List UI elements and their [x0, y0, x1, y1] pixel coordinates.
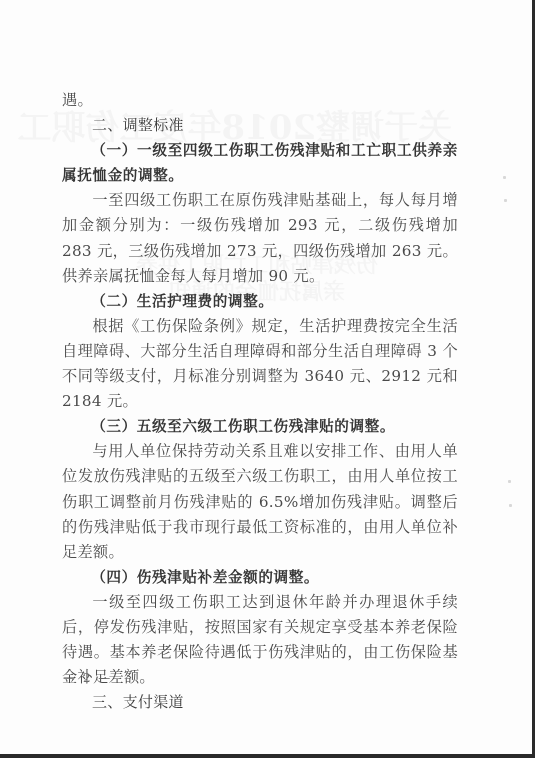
scan-speck: [509, 504, 512, 507]
subheading-supplement-adjustment: （四）伤残津贴补差金额的调整。: [62, 565, 458, 590]
paragraph-supplement-adjustment: 一级至四级工伤职工达到退休年龄并办理退休手续后，停发伤残津贴，按照国家有关规定享…: [62, 590, 458, 690]
paragraph-continuation: 遇。: [62, 88, 458, 113]
paragraph-level5-6-allowance: 与用人单位保持劳动关系且难以安排工作、由用人单位发放伤残津贴的五级至六级工伤职工…: [62, 439, 458, 564]
document-body: 遇。 二、调整标准 （一）一级至四级工伤职工伤残津贴和工亡职工供养亲属抚恤金的调…: [62, 88, 458, 715]
page-number: — 2 —: [63, 671, 112, 685]
subheading-level5-6-allowance: （三）五级至六级工伤职工伤残津贴的调整。: [62, 414, 458, 439]
document-page: 关于调整2018年度工伤职工 伤残津贴和工亡职工供养 亲属抚恤金的通知 遇。 二…: [0, 0, 532, 754]
subheading-nursing-fee: （二）生活护理费的调整。: [62, 289, 458, 314]
scan-speck: [504, 199, 507, 202]
paragraph-level1-4-increase: 一至四级工伤职工在原伤残津贴基础上，每人每月增加金额分别为：一级伤残增加 293…: [62, 188, 458, 288]
scan-speck: [508, 480, 511, 483]
subheading-level1-4-allowance: （一）一级至四级工伤职工伤残津贴和工亡职工供养亲属抚恤金的调整。: [62, 138, 458, 188]
scan-speck: [503, 176, 506, 179]
paragraph-nursing-fee: 根据《工伤保险条例》规定，生活护理费按完全生活自理障碍、大部分生活自理障碍和部分…: [62, 314, 458, 414]
section-heading-payment-channel: 三、支付渠道: [62, 690, 458, 715]
section-heading-adjustment-standards: 二、调整标准: [62, 113, 458, 138]
